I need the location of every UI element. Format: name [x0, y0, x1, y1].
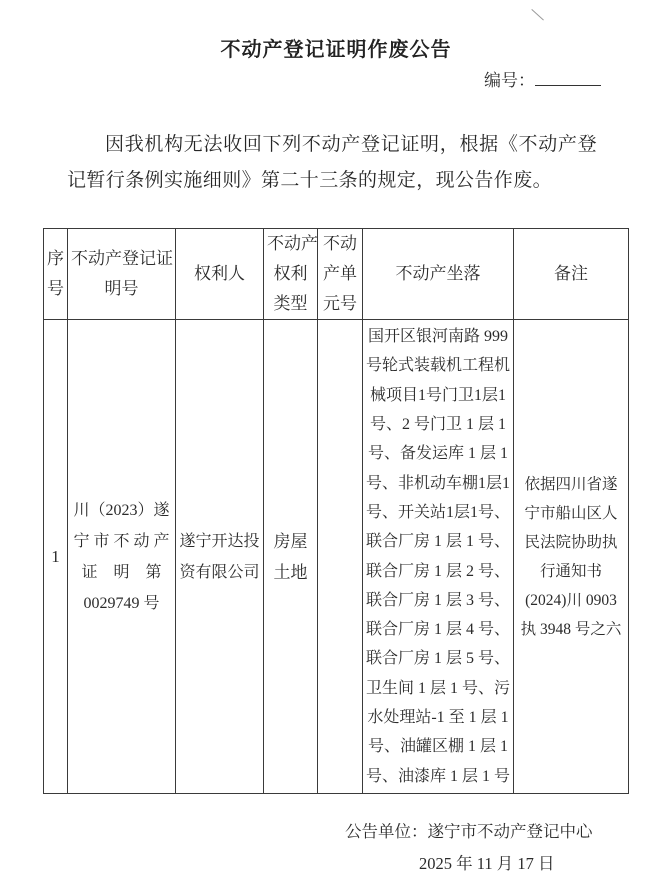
cell-location: 国开区银河南路 999 号轮式装载机工程机 械项目1号门卫1层1 号、2 号门卫…	[363, 320, 514, 794]
cell-right-type: 房屋 土地	[264, 320, 318, 794]
header-unit-no: 不动 产单 元号	[318, 229, 363, 320]
doc-number: 编号：	[484, 66, 601, 88]
cell-holder: 遂宁开达投 资有限公司	[176, 320, 264, 794]
footer-date: 2025 年 11 月 17 日	[419, 850, 555, 874]
cell-unit-no	[318, 320, 363, 794]
doc-number-label: 编号：	[484, 71, 535, 90]
table-header-row: 序 号 不动产登记证 明号 权利人 不动产 权利 类型 不动 产单 元号 不动产…	[44, 229, 629, 320]
header-remark: 备注	[514, 229, 629, 320]
table-row: 1 川（2023）遂 宁 市 不 动 产 证 明 第 0029749 号 遂宁开…	[44, 320, 629, 794]
cell-remark: 依据四川省遂 宁市船山区人 民法院协助执 行通知书 (2024)川 0903 执…	[514, 320, 629, 794]
document-page: 不动产登记证明作废公告 编号： 因我机构无法收回下列不动产登记证明，根据《不动产…	[0, 0, 651, 877]
doc-number-blank-line	[535, 70, 601, 86]
footer-issuer: 公告单位：遂宁市不动产登记中心	[345, 818, 593, 842]
header-holder: 权利人	[176, 229, 264, 320]
header-right-type: 不动产 权利 类型	[264, 229, 318, 320]
cell-seq: 1	[44, 320, 68, 794]
scan-artifact-mark	[531, 9, 544, 20]
header-cert-no: 不动产登记证 明号	[68, 229, 176, 320]
cell-cert-no: 川（2023）遂 宁 市 不 动 产 证 明 第 0029749 号	[68, 320, 176, 794]
page-title: 不动产登记证明作废公告	[0, 33, 651, 62]
invalidation-table: 序 号 不动产登记证 明号 权利人 不动产 权利 类型 不动 产单 元号 不动产…	[43, 228, 629, 794]
header-location: 不动产坐落	[363, 229, 514, 320]
intro-paragraph: 因我机构无法收回下列不动产登记证明，根据《不动产登记暂行条例实施细则》第二十三条…	[67, 127, 597, 198]
header-seq: 序 号	[44, 229, 68, 320]
